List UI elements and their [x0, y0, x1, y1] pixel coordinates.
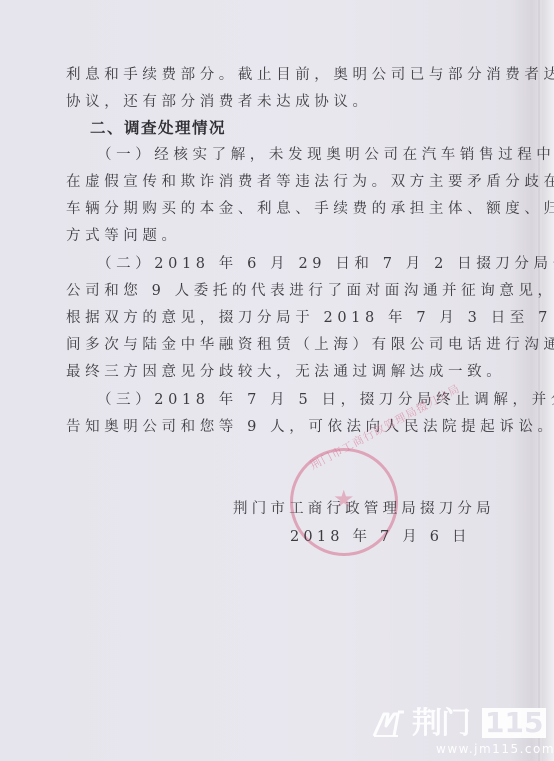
page-edge-strip	[542, 0, 554, 761]
document-page: 利息和手续费部分。截止目前，奥明公司已与部分消费者达成 协议，还有部分消费者未达…	[0, 0, 554, 761]
page-edge-shadow	[538, 0, 540, 761]
watermark-title: 荆门	[412, 706, 470, 742]
item-3-line: 告知奥明公司和您等 9 人，可依法向人民法院提起诉讼。	[66, 418, 554, 436]
item-2-line: 最终三方因意见分歧较大，无法通过调解达成一致。	[66, 363, 505, 381]
item-1-line: 车辆分期购买的本金、利息、手续费的承担主体、额度、归还	[66, 200, 554, 218]
item-2-line: （二）2018 年 6 月 29 日和 7 月 2 日掇刀分局分别与奥明	[97, 255, 554, 273]
item-2-line: 根据双方的意见，掇刀分局于 2018 年 7 月 3 日至 7 月 5 日期	[66, 309, 554, 327]
site-watermark: 荆门 115 www.jm115.com	[372, 706, 552, 758]
jm115-logo-icon	[372, 708, 406, 738]
issue-date: 2018 年 7 月 6 日	[290, 525, 471, 546]
body-line: 利息和手续费部分。截止目前，奥明公司已与部分消费者达成	[66, 66, 554, 84]
item-2-line: 间多次与陆金中华融资租赁（上海）有限公司电话进行沟通，	[66, 336, 554, 354]
item-1-line: 方式等问题。	[66, 227, 181, 245]
item-3-line: （三）2018 年 7 月 5 日，掇刀分局终止调解，并分别电话	[97, 391, 554, 409]
item-1-line: 在虚假宣传和欺诈消费者等违法行为。双方主要矛盾分歧在于	[66, 173, 554, 191]
watermark-number: 115	[482, 708, 546, 738]
issuer-name: 荆门市工商行政管理局掇刀分局	[233, 497, 495, 518]
section-heading: 二、调查处理情况	[90, 119, 226, 137]
item-1-line: （一）经核实了解，未发现奥明公司在汽车销售过程中存	[97, 146, 554, 164]
body-line: 协议，还有部分消费者未达成协议。	[66, 93, 372, 111]
watermark-url: www.jm115.com	[436, 742, 554, 756]
item-2-line: 公司和您 9 人委托的代表进行了面对面沟通并征询意见，同时	[66, 282, 554, 300]
